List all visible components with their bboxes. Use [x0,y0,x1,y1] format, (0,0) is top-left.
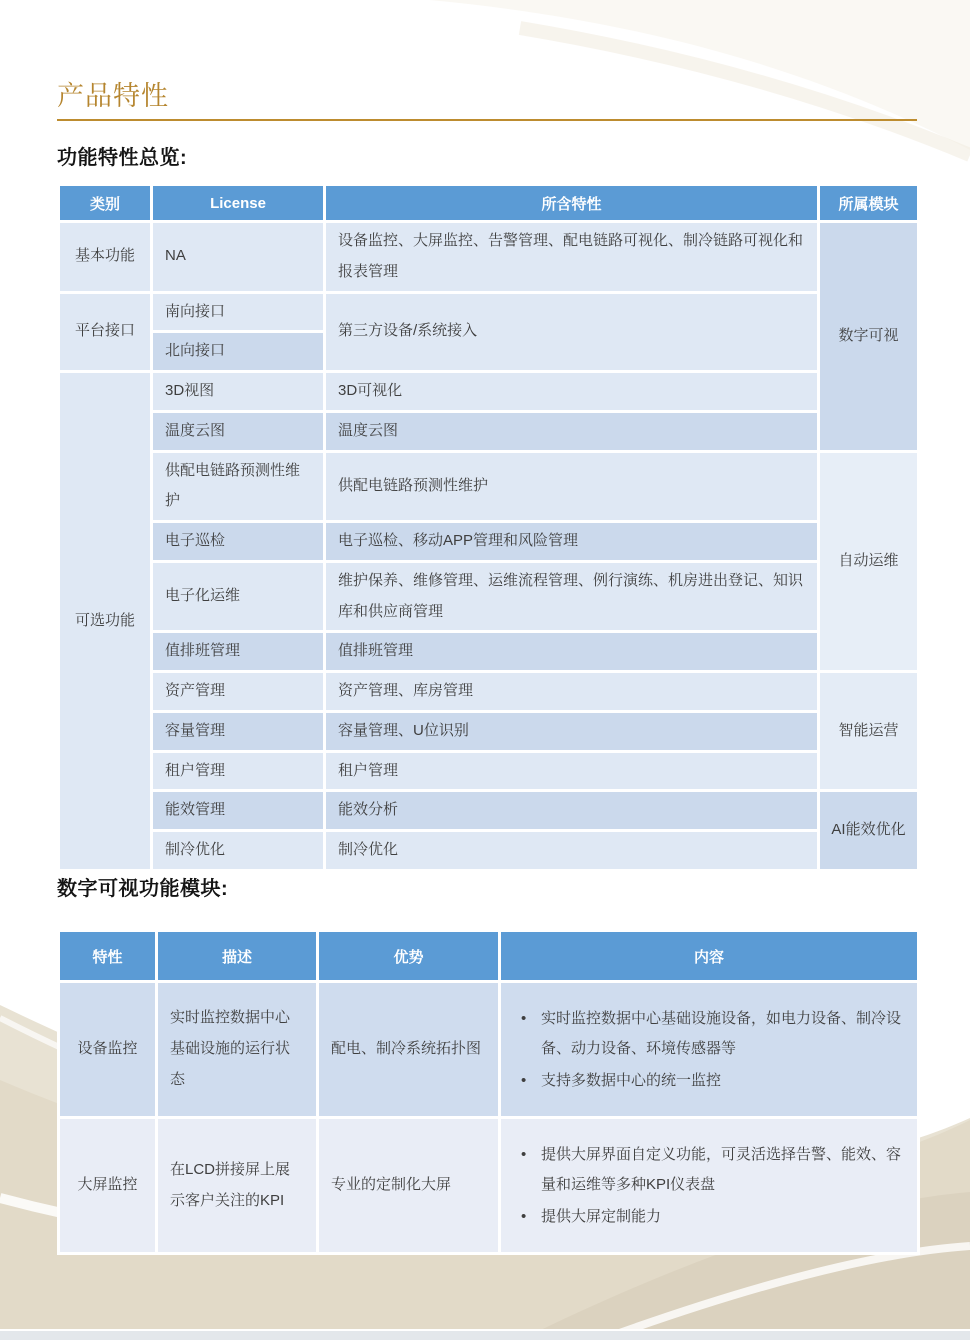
features-cell: 3D可视化 [325,372,819,412]
license-cell: 能效管理 [152,791,325,831]
content-bullet-list: 提供大屏界面自定义功能，可灵活选择告警、能效、容量和运维等多种KPI仪表盘 提供… [513,1140,905,1232]
column-header-content: 内容 [500,931,919,982]
features-cell: 能效分析 [325,791,819,831]
table-row: 大屏监控 在LCD拼接屏上展示客户关注的KPI 专业的定制化大屏 提供大屏界面自… [59,1118,919,1254]
table-row: 可选功能 3D视图 3D可视化 [59,372,919,412]
features-cell: 维护保养、维修管理、运维流程管理、例行演练、机房进出登记、知识库和供应商管理 [325,561,819,632]
table-row: 资产管理 资产管理、库房管理 智能运营 [59,672,919,712]
license-cell: NA [152,222,325,293]
advantage-cell: 专业的定制化大屏 [318,1118,500,1254]
table-row: 租户管理 租户管理 [59,751,919,791]
license-cell: 电子巡检 [152,522,325,562]
section-heading-digital-visual: 数字可视功能模块: [57,872,228,901]
license-cell: 温度云图 [152,411,325,451]
category-cell: 平台接口 [59,292,152,372]
desc-cell: 在LCD拼接屏上展示客户关注的KPI [157,1118,318,1254]
content-cell: 实时监控数据中心基础设施设备，如电力设备、制冷设备、动力设备、环境传感器等 支持… [500,982,919,1118]
table-row: 平台接口 南向接口 第三方设备/系统接入 [59,292,919,332]
features-cell: 资产管理、库房管理 [325,672,819,712]
desc-cell: 实时监控数据中心基础设施的运行状态 [157,982,318,1118]
title-underline [57,119,917,121]
feature-cell: 设备监控 [59,982,157,1118]
license-cell: 南向接口 [152,292,325,332]
feature-overview-table: 类别 License 所含特性 所属模块 基本功能 NA 设备监控、大屏监控、告… [57,183,920,872]
license-cell: 北向接口 [152,332,325,372]
column-header-category: 类别 [59,185,152,222]
features-cell: 供配电链路预测性维护 [325,451,819,522]
license-cell: 制冷优化 [152,831,325,871]
category-cell: 基本功能 [59,222,152,293]
column-header-license: License [152,185,325,222]
table-header-row: 类别 License 所含特性 所属模块 [59,185,919,222]
table-row: 能效管理 能效分析 AI能效优化 [59,791,919,831]
features-cell: 第三方设备/系统接入 [325,292,819,372]
features-cell: 电子巡检、移动APP管理和风险管理 [325,522,819,562]
features-cell: 值排班管理 [325,632,819,672]
table-row: 容量管理 容量管理、U位识别 [59,711,919,751]
license-cell: 容量管理 [152,711,325,751]
table-row: 制冷优化 制冷优化 [59,831,919,871]
content-cell: 提供大屏界面自定义功能，可灵活选择告警、能效、容量和运维等多种KPI仪表盘 提供… [500,1118,919,1254]
bullet-item: 提供大屏界面自定义功能，可灵活选择告警、能效、容量和运维等多种KPI仪表盘 [513,1140,905,1200]
module-cell: 数字可视 [819,222,919,452]
bullet-item: 提供大屏定制能力 [513,1202,905,1232]
table-row: 电子化运维 维护保养、维修管理、运维流程管理、例行演练、机房进出登记、知识库和供… [59,561,919,632]
features-cell: 租户管理 [325,751,819,791]
table-row: 设备监控 实时监控数据中心基础设施的运行状态 配电、制冷系统拓扑图 实时监控数据… [59,982,919,1118]
license-cell: 3D视图 [152,372,325,412]
table-header-row: 特性 描述 优势 内容 [59,931,919,982]
features-cell: 制冷优化 [325,831,819,871]
table-row: 温度云图 温度云图 [59,411,919,451]
bullet-item: 支持多数据中心的统一监控 [513,1066,905,1096]
category-cell: 可选功能 [59,372,152,871]
module-cell: 智能运营 [819,672,919,791]
features-cell: 设备监控、大屏监控、告警管理、配电链路可视化、制冷链路可视化和报表管理 [325,222,819,293]
license-cell: 租户管理 [152,751,325,791]
module-cell: 自动运维 [819,451,919,672]
advantage-cell: 配电、制冷系统拓扑图 [318,982,500,1118]
license-cell: 资产管理 [152,672,325,712]
table-row: 供配电链路预测性维护 供配电链路预测性维护 自动运维 [59,451,919,522]
features-cell: 温度云图 [325,411,819,451]
license-cell: 值排班管理 [152,632,325,672]
table-row: 基本功能 NA 设备监控、大屏监控、告警管理、配电链路可视化、制冷链路可视化和报… [59,222,919,293]
column-header-description: 描述 [157,931,318,982]
features-cell: 容量管理、U位识别 [325,711,819,751]
digital-visual-module-table: 特性 描述 优势 内容 设备监控 实时监控数据中心基础设施的运行状态 配电、制冷… [57,929,920,1255]
content-bullet-list: 实时监控数据中心基础设施设备，如电力设备、制冷设备、动力设备、环境传感器等 支持… [513,1004,905,1096]
license-cell: 供配电链路预测性维护 [152,451,325,522]
column-header-features: 所含特性 [325,185,819,222]
page-title: 产品特性 [57,74,169,113]
module-cell: AI能效优化 [819,791,919,871]
feature-cell: 大屏监控 [59,1118,157,1254]
license-cell: 电子化运维 [152,561,325,632]
column-header-advantage: 优势 [318,931,500,982]
footer-strip [0,1331,970,1340]
table-row: 电子巡检 电子巡检、移动APP管理和风险管理 [59,522,919,562]
table-row: 值排班管理 值排班管理 [59,632,919,672]
column-header-module: 所属模块 [819,185,919,222]
bullet-item: 实时监控数据中心基础设施设备，如电力设备、制冷设备、动力设备、环境传感器等 [513,1004,905,1064]
column-header-feature: 特性 [59,931,157,982]
section-heading-overview: 功能特性总览: [57,141,187,170]
